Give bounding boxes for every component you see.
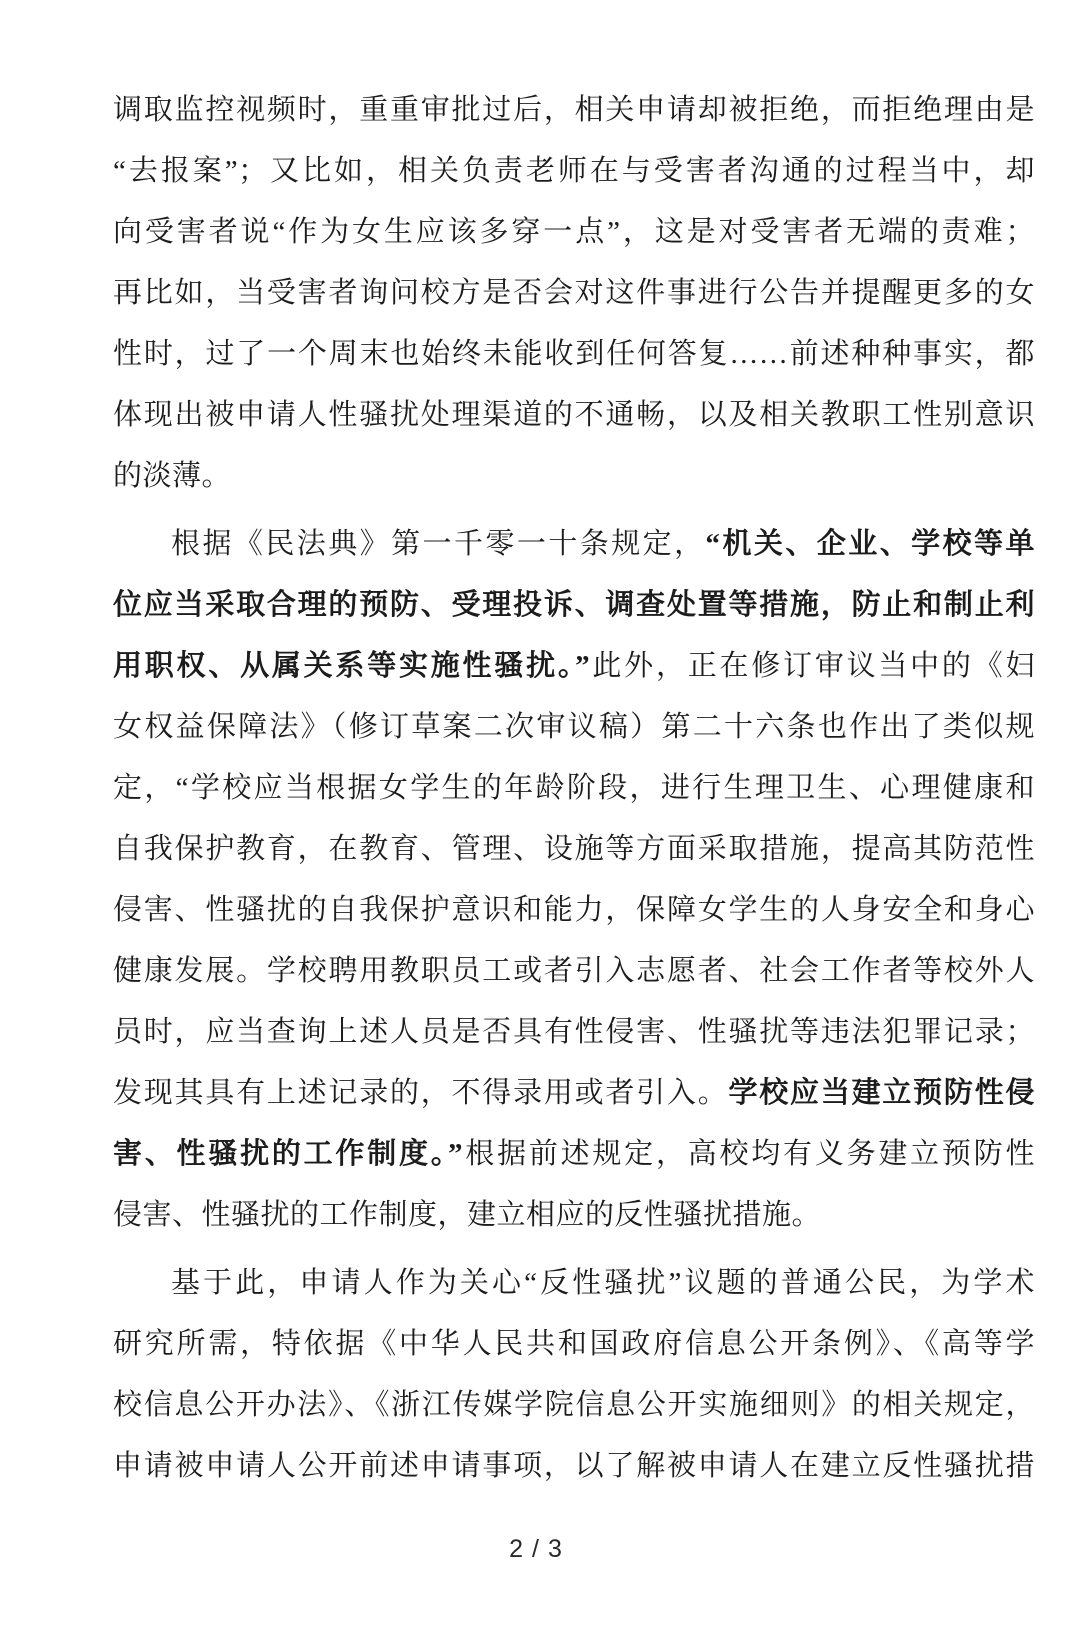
text-line: 的淡薄。 (113, 446, 1035, 507)
paragraph: 基于此，申请人作为关心“反性骚扰”议题的普通公民，为学术研究所需，特依据《中华人… (113, 1253, 1035, 1497)
document-page: 调取监控视频时，重重审批过后，相关申请却被拒绝，而拒绝理由是“去报案”；又比如，… (0, 0, 1080, 1632)
bold-text-segment: 用职权、从属关系等实施性骚扰。” (113, 650, 590, 682)
text-segment: 根据前述规定，高校均有义务建立预防性 (463, 1138, 1035, 1170)
bold-text-segment: 害、性骚扰的工作制度。” (113, 1138, 463, 1170)
text-line: 根据《民法典》第一千零一十条规定，“机关、企业、学校等单 (113, 514, 1035, 575)
text-line: 发现其具有上述记录的，不得录用或者引入。学校应当建立预防性侵 (113, 1063, 1035, 1124)
text-line: 健康发展。学校聘用教职员工或者引入志愿者、社会工作者等校外人 (113, 941, 1035, 1002)
text-segment: 定，“学校应当根据女学生的年龄阶段，进行生理卫生、心理健康和 (113, 772, 1035, 804)
text-segment: “去报案”；又比如，相关负责老师在与受害者沟通的过程当中，却 (113, 155, 1035, 187)
text-line: 基于此，申请人作为关心“反性骚扰”议题的普通公民，为学术 (113, 1253, 1035, 1314)
text-line: 再比如，当受害者询问校方是否会对这件事进行公告并提醒更多的女 (113, 263, 1035, 324)
text-line: 女权益保障法》（修订草案二次审议稿）第二十六条也作出了类似规 (113, 697, 1035, 758)
text-line: 研究所需，特依据《中华人民共和国政府信息公开条例》、《高等学 (113, 1314, 1035, 1375)
paragraph: 根据《民法典》第一千零一十条规定，“机关、企业、学校等单位应当采取合理的预防、受… (113, 514, 1035, 1246)
text-line: 自我保护教育，在教育、管理、设施等方面采取措施，提高其防范性 (113, 819, 1035, 880)
text-line: 害、性骚扰的工作制度。”根据前述规定，高校均有义务建立预防性 (113, 1124, 1035, 1185)
text-line: 侵害、性骚扰的自我保护意识和能力，保障女学生的人身安全和身心 (113, 880, 1035, 941)
text-segment: 再比如，当受害者询问校方是否会对这件事进行公告并提醒更多的女 (113, 277, 1035, 309)
bold-text-segment: 位应当采取合理的预防、受理投诉、调查处置等措施，防止和制止利 (113, 589, 1035, 621)
text-segment: 调取监控视频时，重重审批过后，相关申请却被拒绝，而拒绝理由是 (113, 94, 1035, 126)
text-line: 性时，过了一个周末也始终未能收到任何答复……前述种种事实，都 (113, 324, 1035, 385)
text-line: 向受害者说“作为女生应该多穿一点”，这是对受害者无端的责难； (113, 202, 1035, 263)
text-segment: 体现出被申请人性骚扰处理渠道的不通畅，以及相关教职工性别意识 (113, 399, 1035, 431)
text-line: “去报案”；又比如，相关负责老师在与受害者沟通的过程当中，却 (113, 141, 1035, 202)
bold-text-segment: “机关、企业、学校等单 (706, 528, 1035, 560)
bold-text-segment: 学校应当建立预防性侵 (729, 1077, 1035, 1109)
text-segment: 申请被申请人公开前述申请事项，以了解被申请人在建立反性骚扰措 (113, 1450, 1035, 1482)
text-line: 定，“学校应当根据女学生的年龄阶段，进行生理卫生、心理健康和 (113, 758, 1035, 819)
text-line: 申请被申请人公开前述申请事项，以了解被申请人在建立反性骚扰措 (113, 1436, 1035, 1497)
text-line: 员时，应当查询上述人员是否具有性侵害、性骚扰等违法犯罪记录； (113, 1002, 1035, 1063)
text-line: 体现出被申请人性骚扰处理渠道的不通畅，以及相关教职工性别意识 (113, 385, 1035, 446)
text-segment: 研究所需，特依据《中华人民共和国政府信息公开条例》、《高等学 (113, 1328, 1035, 1360)
document-body: 调取监控视频时，重重审批过后，相关申请却被拒绝，而拒绝理由是“去报案”；又比如，… (113, 80, 1035, 1497)
text-line: 用职权、从属关系等实施性骚扰。”此外，正在修订审议当中的《妇 (113, 636, 1035, 697)
text-segment: 校信息公开办法》、《浙江传媒学院信息公开实施细则》的相关规定， (113, 1389, 1035, 1421)
text-segment: 女权益保障法》（修订草案二次审议稿）第二十六条也作出了类似规 (113, 711, 1035, 743)
text-segment: 向受害者说“作为女生应该多穿一点”，这是对受害者无端的责难； (113, 216, 1035, 248)
text-segment: 的淡薄。 (113, 460, 231, 492)
text-segment: 自我保护教育，在教育、管理、设施等方面采取措施，提高其防范性 (113, 833, 1035, 865)
text-segment: 性时，过了一个周末也始终未能收到任何答复……前述种种事实，都 (113, 338, 1035, 370)
text-line: 调取监控视频时，重重审批过后，相关申请却被拒绝，而拒绝理由是 (113, 80, 1035, 141)
text-segment: 基于此，申请人作为关心“反性骚扰”议题的普通公民，为学术 (171, 1267, 1035, 1299)
page-number: 2/3 (0, 1534, 1080, 1564)
text-segment: 员时，应当查询上述人员是否具有性侵害、性骚扰等违法犯罪记录； (113, 1016, 1035, 1048)
text-line: 位应当采取合理的预防、受理投诉、调查处置等措施，防止和制止利 (113, 575, 1035, 636)
text-segment: 根据《民法典》第一千零一十条规定， (171, 528, 706, 560)
text-segment: 发现其具有上述记录的，不得录用或者引入。 (113, 1077, 729, 1109)
text-segment: 健康发展。学校聘用教职员工或者引入志愿者、社会工作者等校外人 (113, 955, 1035, 987)
text-segment: 此外，正在修订审议当中的《妇 (590, 650, 1035, 682)
text-line: 校信息公开办法》、《浙江传媒学院信息公开实施细则》的相关规定， (113, 1375, 1035, 1436)
text-segment: 侵害、性骚扰的自我保护意识和能力，保障女学生的人身安全和身心 (113, 894, 1035, 926)
text-line: 侵害、性骚扰的工作制度，建立相应的反性骚扰措施。 (113, 1185, 1035, 1246)
text-segment: 侵害、性骚扰的工作制度，建立相应的反性骚扰措施。 (113, 1199, 821, 1231)
paragraph: 调取监控视频时，重重审批过后，相关申请却被拒绝，而拒绝理由是“去报案”；又比如，… (113, 80, 1035, 507)
